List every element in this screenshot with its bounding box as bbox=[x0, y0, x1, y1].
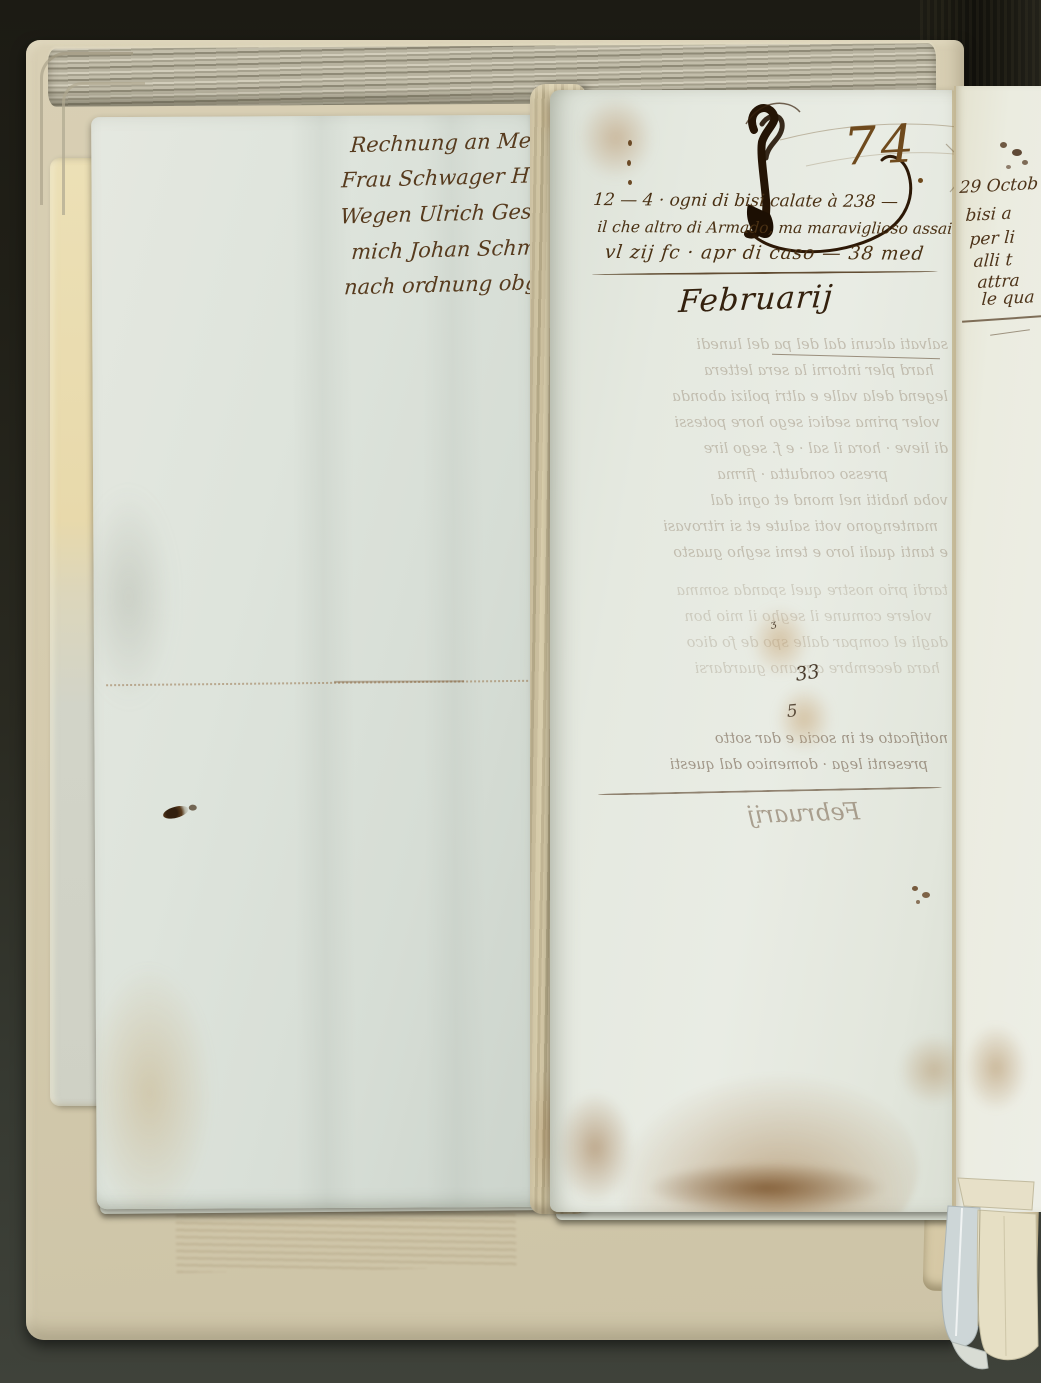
page-number: 74 bbox=[842, 114, 919, 178]
stain-bottom-left bbox=[91, 963, 215, 1210]
german-note-line: Rechnung an Meine bbox=[350, 128, 551, 158]
stain-bottom-left-blob bbox=[556, 1092, 634, 1204]
manuscript-photo: Rechnung an Meine Frau Schwager Herrn We… bbox=[0, 0, 1041, 1383]
german-note-line: Frau Schwager Herrn bbox=[341, 162, 551, 192]
bleedthrough-line: mantengono voti salute et si ritrovasi bbox=[586, 514, 938, 540]
next-leaf-underline bbox=[962, 315, 1041, 323]
entry-underline bbox=[592, 270, 938, 275]
stain-bottom-rim bbox=[646, 1162, 886, 1212]
bleedthrough-line: voler prima sedici sego hore potessi bbox=[586, 410, 940, 436]
bleedthrough-line: salvati alcuni dal del pa del lunedi bbox=[586, 332, 948, 358]
next-leaf-strip: 29 Octob bisi a per li alli t attra le q… bbox=[954, 86, 1041, 1212]
next-leaf-line: alli t bbox=[973, 250, 1013, 272]
next-leaf-line: per li bbox=[969, 228, 1016, 250]
bound-page-folio: 74 12 — 4 · ogni di bisi calate à 238 — … bbox=[550, 90, 958, 1212]
entry-line-1: 12 — 4 · ogni di bisi calate à 238 — bbox=[592, 190, 898, 212]
ink-speckle bbox=[912, 886, 918, 891]
bleedthrough-dark-line: notificato et in socia e dar sotto bbox=[586, 726, 948, 752]
entry-line-2: il che altro di Armado, ma maraviglioso … bbox=[597, 218, 958, 238]
stain-grey-left bbox=[91, 487, 174, 707]
stain-top-left bbox=[578, 96, 654, 180]
bookmark-ribbon bbox=[934, 1176, 1041, 1380]
showthrough-mark-33: 33 bbox=[794, 661, 821, 686]
bleedthrough-line: hard pler intorni la sera lettera bbox=[586, 358, 934, 384]
bleedthrough-underline-lower bbox=[598, 786, 942, 795]
german-note-block: Rechnung an Meine Frau Schwager Herrn We… bbox=[91, 115, 549, 352]
ink-speckle bbox=[1000, 142, 1007, 148]
ink-speckle bbox=[1006, 165, 1011, 169]
month-heading: Februarij bbox=[677, 279, 834, 321]
bleedthrough-dark-line: presenti lega · domenico dal questi bbox=[586, 752, 928, 778]
german-note-line: mich Johan Schmid bbox=[351, 235, 551, 264]
bleedthrough-line: legend dela valle e altri polizi abonda bbox=[586, 384, 948, 410]
bleedthrough-month-footer: Februarij bbox=[700, 797, 861, 831]
next-leaf-line: bisi a bbox=[965, 204, 1012, 226]
ink-speckle bbox=[916, 900, 920, 904]
bleedthrough-line: di lieve · hora il sal · e f. sego lire bbox=[586, 436, 948, 462]
bleedthrough-text-block: salvati alcuni dal del pa del lunedi har… bbox=[586, 332, 948, 778]
next-leaf-stain-bottom bbox=[964, 1024, 1028, 1112]
stain-round-right bbox=[898, 1034, 958, 1106]
next-leaf-flourish bbox=[990, 329, 1030, 336]
ink-speckle bbox=[922, 892, 930, 898]
showthrough-halo bbox=[776, 686, 832, 752]
bottom-edge-smudge bbox=[175, 1205, 516, 1273]
bleedthrough-line: tardi prio nostre quel spanda somma bbox=[586, 578, 948, 604]
page-number-period bbox=[918, 178, 923, 183]
next-leaf-line: 29 Octob bbox=[959, 174, 1039, 198]
ink-speckle bbox=[1012, 149, 1022, 156]
ink-speckle bbox=[1022, 160, 1028, 165]
margin-dot bbox=[628, 180, 632, 185]
showthrough-mark-5: 5 bbox=[786, 701, 799, 722]
margin-dot bbox=[627, 160, 631, 166]
next-leaf-line: le qua bbox=[981, 287, 1035, 310]
insert-stack-page: Rechnung an Meine Frau Schwager Herrn We… bbox=[91, 115, 551, 1209]
entry-line-3: vl zij fc · apr di caso — 38 med bbox=[604, 242, 926, 265]
german-note-line: Wegen Ulrich Gestel bbox=[340, 199, 551, 229]
german-note-line: nach ordnung obgem bbox=[343, 269, 550, 299]
bleedthrough-line: e tanti quali loro e temi segho guasto bbox=[586, 540, 948, 566]
ink-blot bbox=[162, 804, 190, 821]
bleedthrough-line: presso condutta · firma bbox=[586, 462, 888, 488]
margin-dot bbox=[628, 140, 632, 146]
bleedthrough-line: voba habiti nel mond et ogni dal bbox=[586, 488, 948, 514]
ink-blot-dot bbox=[189, 805, 197, 811]
